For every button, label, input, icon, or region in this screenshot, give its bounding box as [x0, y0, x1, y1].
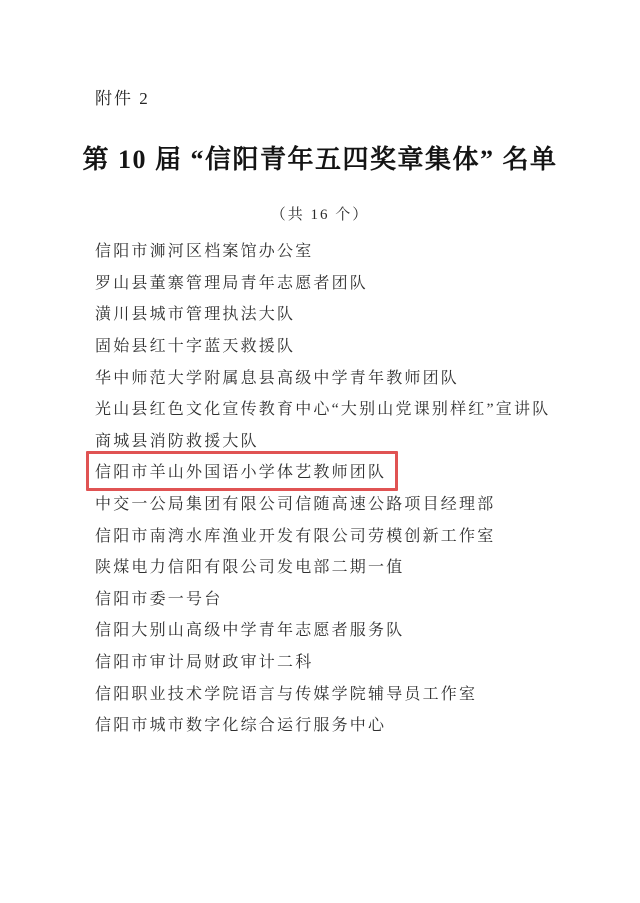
- list-item: 潢川县城市管理执法大队: [95, 297, 615, 329]
- item-text: 信阳市城市数字化综合运行服务中心: [95, 712, 386, 735]
- list-item: 信阳市审计局财政审计二科: [95, 645, 615, 677]
- list-item: 华中师范大学附属息县高级中学青年教师团队: [95, 360, 615, 392]
- item-text: 信阳市审计局财政审计二科: [95, 649, 313, 672]
- list-item: 信阳大别山高级中学青年志愿者服务队: [95, 613, 615, 645]
- document-title: 第 10 届 “信阳青年五四奖章集体” 名单: [0, 139, 640, 176]
- item-text: 陕煤电力信阳有限公司发电部二期一值: [95, 554, 404, 577]
- list-item: 固始县红十字蓝天救援队: [95, 329, 615, 361]
- list-item: 光山县红色文化宣传教育中心“大别山党课别样红”宣讲队: [95, 392, 615, 424]
- item-text: 信阳大别山高级中学青年志愿者服务队: [95, 617, 404, 640]
- list-item: 罗山县董寨管理局青年志愿者团队: [95, 266, 615, 298]
- list-item: 陕煤电力信阳有限公司发电部二期一值: [95, 550, 615, 582]
- award-list: 信阳市浉河区档案馆办公室罗山县董寨管理局青年志愿者团队潢川县城市管理执法大队固始…: [95, 234, 615, 740]
- list-item: 信阳市浉河区档案馆办公室: [95, 234, 615, 266]
- document-page: 附件 2 第 10 届 “信阳青年五四奖章集体” 名单 （共 16 个） 信阳市…: [0, 0, 640, 903]
- attachment-label: 附件 2: [95, 84, 150, 109]
- item-text: 潢川县城市管理执法大队: [95, 301, 295, 324]
- item-text: 罗山县董寨管理局青年志愿者团队: [95, 270, 368, 293]
- item-text: 华中师范大学附属息县高级中学青年教师团队: [95, 365, 459, 388]
- item-text: 商城县消防救援大队: [95, 428, 259, 451]
- list-item: 信阳职业技术学院语言与传媒学院辅导员工作室: [95, 676, 615, 708]
- item-text: 信阳市委一号台: [95, 586, 222, 609]
- item-text: 信阳市浉河区档案馆办公室: [95, 238, 313, 261]
- list-item: 信阳市羊山外国语小学体艺教师团队: [95, 455, 615, 487]
- item-text: 固始县红十字蓝天救援队: [95, 333, 295, 356]
- item-text: 信阳职业技术学院语言与传媒学院辅导员工作室: [95, 681, 477, 704]
- item-text: 光山县红色文化宣传教育中心“大别山党课别样红”宣讲队: [95, 396, 550, 419]
- list-item: 信阳市南湾水库渔业开发有限公司劳模创新工作室: [95, 518, 615, 550]
- item-text: 中交一公局集团有限公司信随高速公路项目经理部: [95, 491, 495, 514]
- list-item: 信阳市委一号台: [95, 582, 615, 614]
- list-item: 中交一公局集团有限公司信随高速公路项目经理部: [95, 487, 615, 519]
- item-text: 信阳市南湾水库渔业开发有限公司劳模创新工作室: [95, 523, 495, 546]
- count-note: （共 16 个）: [0, 203, 640, 224]
- highlighted-item-text: 信阳市羊山外国语小学体艺教师团队: [86, 451, 398, 491]
- list-item: 信阳市城市数字化综合运行服务中心: [95, 708, 615, 740]
